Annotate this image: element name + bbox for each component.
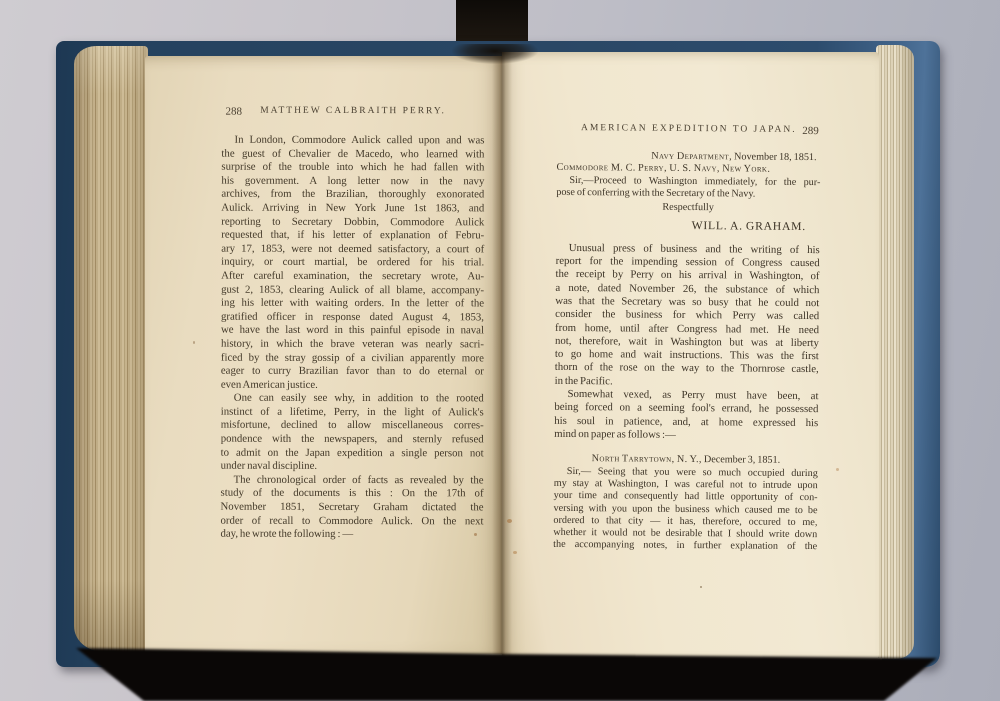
cast-shadow xyxy=(0,0,1000,701)
book-photograph: 288 MATTHEW CALBRAITH PERRY. In London, … xyxy=(0,0,1000,701)
